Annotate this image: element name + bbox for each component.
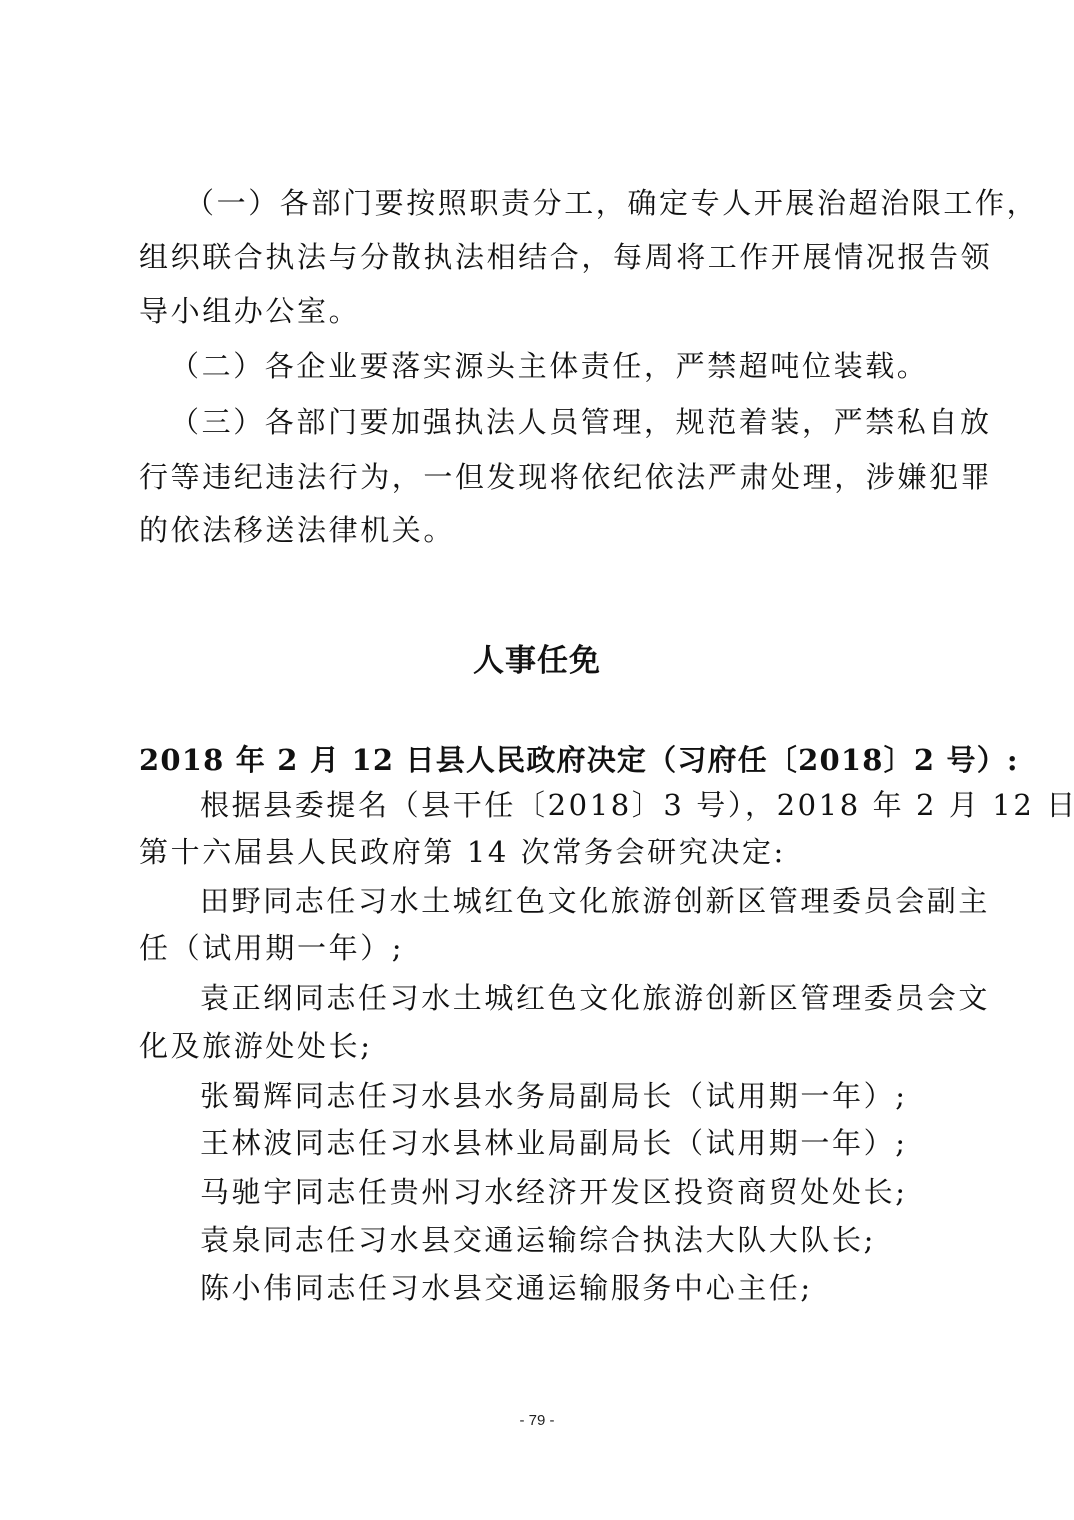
- document-page: （一）各部门要按照职责分工，确定专人开展治超治限工作， 组织联合执法与分散执法相…: [0, 0, 1074, 1520]
- appointment-line: 任（试用期一年）;: [139, 930, 404, 966]
- appointment-line: 袁正纲同志任习水土城红色文化旅游创新区管理委员会文: [200, 980, 990, 1016]
- page-number: - 79 -: [0, 1412, 1074, 1429]
- decision-heading: 2018 年 2 月 12 日县人民政府决定（习府任〔2018〕2 号）:: [139, 742, 1019, 778]
- appointment-line: 陈小伟同志任习水县交通运输服务中心主任;: [200, 1270, 813, 1306]
- appointment-line: 袁泉同志任习水县交通运输综合执法大队大队长;: [200, 1222, 876, 1258]
- paragraph-line: 导小组办公室。: [139, 293, 360, 329]
- appointment-line: 张蜀辉同志任习水县水务局副局长（试用期一年）;: [200, 1078, 908, 1114]
- appointment-line: 田野同志任习水土城红色文化旅游创新区管理委员会副主: [200, 883, 990, 919]
- appointment-line: 王林波同志任习水县林业局副局长（试用期一年）;: [200, 1125, 908, 1161]
- paragraph-line: （二）各企业要落实源头主体责任，严禁超吨位装载。: [170, 348, 928, 384]
- paragraph-line: （一）各部门要按照职责分工，确定专人开展治超治限工作，: [185, 185, 1038, 221]
- intro-line: 第十六届县人民政府第 14 次常务会研究决定:: [139, 834, 786, 870]
- paragraph-line: （三）各部门要加强执法人员管理，规范着装，严禁私自放: [170, 404, 992, 440]
- appointment-line: 马驰宇同志任贵州习水经济开发区投资商贸处处长;: [200, 1174, 908, 1210]
- paragraph-line: 行等违纪违法行为，一但发现将依纪依法严肃处理，涉嫌犯罪: [139, 459, 992, 495]
- paragraph-line: 的依法移送法律机关。: [139, 512, 455, 548]
- section-title: 人事任免: [0, 643, 1074, 679]
- intro-line: 根据县委提名（县干任〔2018〕3 号），2018 年 2 月 12 日: [200, 787, 1074, 823]
- paragraph-line: 组织联合执法与分散执法相结合，每周将工作开展情况报告领: [139, 239, 992, 275]
- appointment-line: 化及旅游处处长;: [139, 1028, 373, 1064]
